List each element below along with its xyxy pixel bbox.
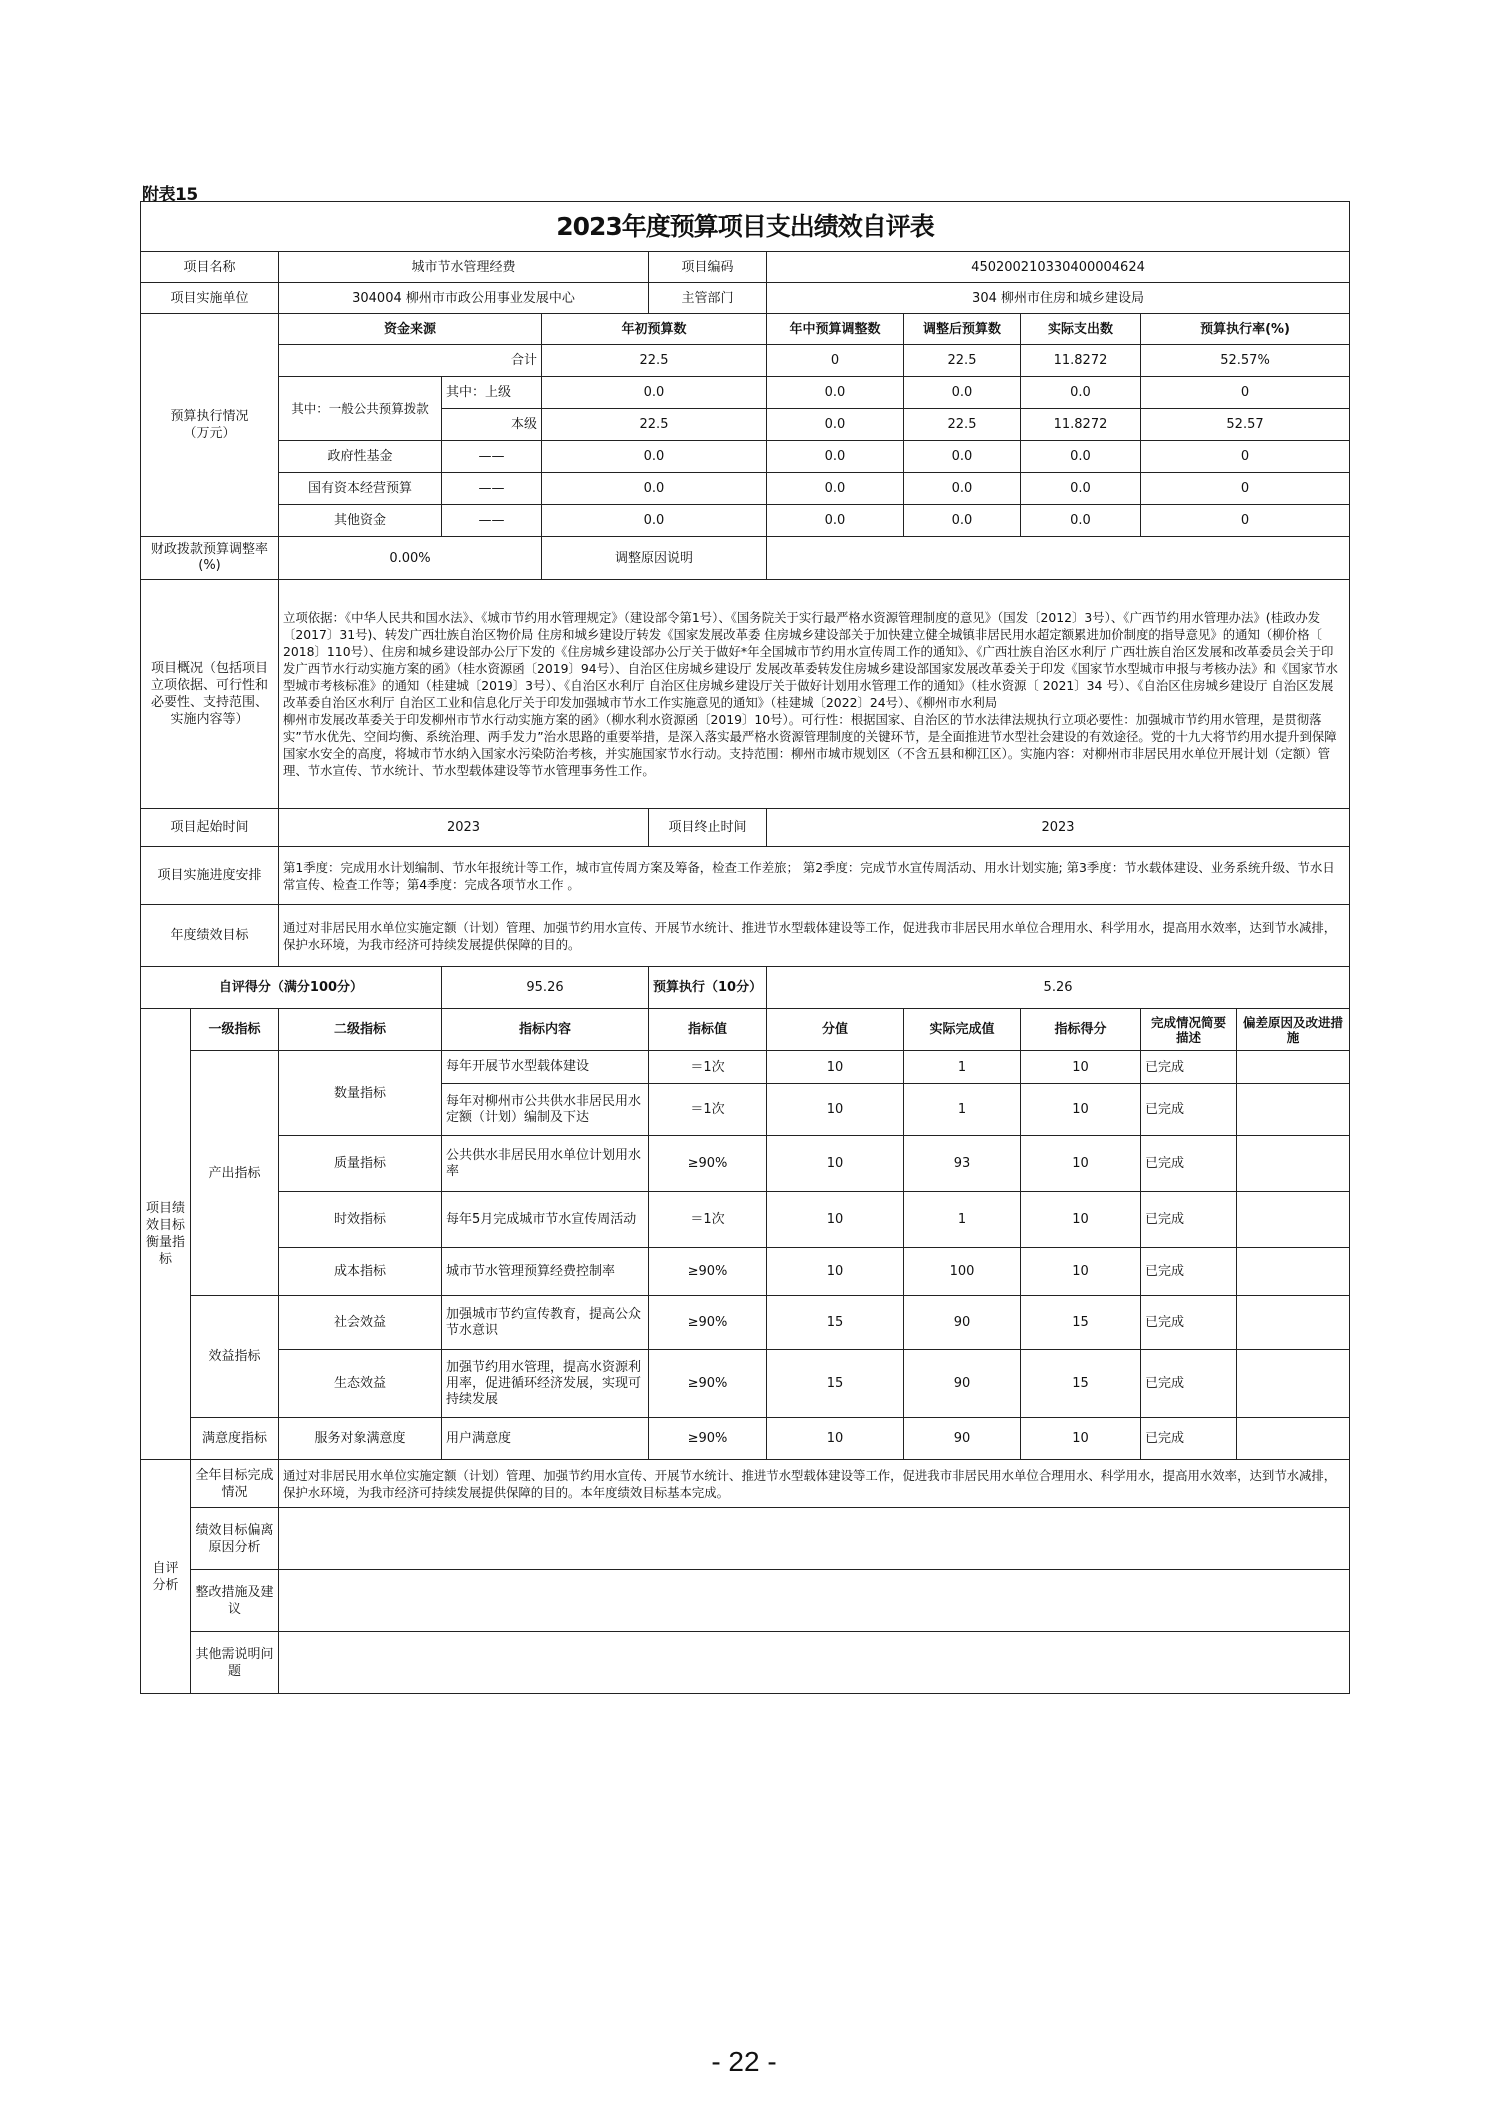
indicator-deviation	[1237, 1051, 1350, 1084]
budget-actual: 11.8272	[1021, 345, 1141, 377]
indicator-target: ≥90%	[649, 1296, 767, 1350]
budget-source-sub: ——	[442, 505, 542, 537]
budget-actual: 0.0	[1021, 473, 1141, 505]
indicator-weight: 10	[767, 1418, 904, 1460]
indicator-header: 二级指标	[279, 1009, 442, 1051]
adjust-reason-value	[767, 537, 1350, 580]
indicator-target: ＝1次	[649, 1051, 767, 1084]
budget-actual: 0.0	[1021, 377, 1141, 409]
project-name-value: 城市节水管理经费	[279, 252, 649, 283]
budget-initial: 0.0	[542, 377, 767, 409]
overview-text: 立项依据：《中华人民共和国水法》、《城市节约用水管理规定》（建设部令第1号）、《…	[279, 580, 1350, 809]
indicator-deviation	[1237, 1192, 1350, 1248]
indicator-header: 指标内容	[442, 1009, 649, 1051]
table-row: 预算执行情况 （万元）资金来源年初预算数年中预算调整数调整后预算数实际支出数预算…	[141, 314, 1350, 345]
department-value: 304 柳州市住房和城乡建设局	[767, 283, 1350, 314]
budget-mid-adjust: 0	[767, 345, 904, 377]
table-row: 其中：一般公共预算拨款其中：上级0.00.00.00.00	[141, 377, 1350, 409]
table-row: 项目实施进度安排第1季度：完成用水计划编制、节水年报统计等工作，城市宣传周方案及…	[141, 847, 1350, 905]
annual-goal-text: 通过对非居民用水单位实施定额（计划）管理、加强节约用水宣传、开展节水统计、推进节…	[279, 905, 1350, 967]
self-score-label: 自评得分（满分100分）	[141, 967, 442, 1009]
self-eval-section-label: 自评分析	[141, 1460, 191, 1694]
overview-label: 项目概况（包括项目立项依据、可行性和必要性、支持范围、实施内容等）	[141, 580, 279, 809]
indicator-header: 指标值	[649, 1009, 767, 1051]
budget-header: 年中预算调整数	[767, 314, 904, 345]
indicator-score: 10	[1021, 1051, 1141, 1084]
indicator-actual: 93	[904, 1136, 1021, 1192]
budget-actual: 0.0	[1021, 441, 1141, 473]
table-row: 效益指标社会效益加强城市节约宣传教育，提高公众节水意识≥90%159015已完成	[141, 1296, 1350, 1350]
indicator-deviation	[1237, 1296, 1350, 1350]
budget-section-label: 预算执行情况 （万元）	[141, 314, 279, 537]
indicator-content: 城市节水管理预算经费控制率	[442, 1248, 649, 1296]
indicator-deviation	[1237, 1084, 1350, 1136]
self-eval-item-label: 整改措施及建议	[191, 1570, 279, 1632]
table-row: 项目实施单位304004 柳州市市政公用事业发展中心主管部门304 柳州市住房和…	[141, 283, 1350, 314]
budget-initial: 0.0	[542, 441, 767, 473]
budget-initial: 0.0	[542, 505, 767, 537]
budget-rate: 0	[1141, 473, 1350, 505]
indicator-score: 15	[1021, 1296, 1141, 1350]
indicator-actual: 1	[904, 1051, 1021, 1084]
indicator-weight: 10	[767, 1084, 904, 1136]
table-row: 国有资本经营预算——0.00.00.00.00	[141, 473, 1350, 505]
budget-actual: 11.8272	[1021, 409, 1141, 441]
indicator-target: ≥90%	[649, 1248, 767, 1296]
indicator-deviation	[1237, 1350, 1350, 1418]
indicator-actual: 90	[904, 1350, 1021, 1418]
table-row: 自评得分（满分100分）95.26预算执行（10分）5.26	[141, 967, 1350, 1009]
level1-indicator: 效益指标	[191, 1296, 279, 1418]
indicator-actual: 1	[904, 1192, 1021, 1248]
indicator-status: 已完成	[1141, 1192, 1237, 1248]
indicator-target: ＝1次	[649, 1084, 767, 1136]
indicator-weight: 10	[767, 1051, 904, 1084]
indicator-content: 每年开展节水型载体建设	[442, 1051, 649, 1084]
budget-sub-label: 本级	[442, 409, 542, 441]
indicator-weight: 15	[767, 1296, 904, 1350]
indicator-status: 已完成	[1141, 1418, 1237, 1460]
indicator-header: 指标得分	[1021, 1009, 1141, 1051]
self-eval-item-text	[279, 1570, 1350, 1632]
indicator-content: 加强城市节约宣传教育，提高公众节水意识	[442, 1296, 649, 1350]
indicator-score: 10	[1021, 1248, 1141, 1296]
table-row: 政府性基金——0.00.00.00.00	[141, 441, 1350, 473]
budget-mid-adjust: 0.0	[767, 409, 904, 441]
indicator-target: ≥90%	[649, 1418, 767, 1460]
table-row: 满意度指标服务对象满意度用户满意度≥90%109010已完成	[141, 1418, 1350, 1460]
table-title: 2023年度预算项目支出绩效自评表	[141, 202, 1350, 252]
budget-adjusted: 22.5	[904, 345, 1021, 377]
indicator-content: 用户满意度	[442, 1418, 649, 1460]
budget-adjusted: 22.5	[904, 409, 1021, 441]
table-row: 项目绩效目标衡量指标一级指标二级指标指标内容指标值分值实际完成值指标得分完成情况…	[141, 1009, 1350, 1051]
end-time-value: 2023	[767, 809, 1350, 847]
table-row: 2023年度预算项目支出绩效自评表	[141, 202, 1350, 252]
budget-adjusted: 0.0	[904, 441, 1021, 473]
budget-initial: 22.5	[542, 409, 767, 441]
project-code-value: 450200210330400004624	[767, 252, 1350, 283]
schedule-text: 第1季度：完成用水计划编制、节水年报统计等工作，城市宣传周方案及筹备，检查工作差…	[279, 847, 1350, 905]
indicator-status: 已完成	[1141, 1248, 1237, 1296]
indicator-deviation	[1237, 1248, 1350, 1296]
budget-header: 调整后预算数	[904, 314, 1021, 345]
table-row: 财政拨款预算调整率 (%)0.00%调整原因说明	[141, 537, 1350, 580]
table-row: 质量指标公共供水非居民用水单位计划用水率≥90%109310已完成	[141, 1136, 1350, 1192]
budget-source-label: 国有资本经营预算	[279, 473, 442, 505]
project-name-label: 项目名称	[141, 252, 279, 283]
indicator-score: 10	[1021, 1192, 1141, 1248]
indicator-actual: 100	[904, 1248, 1021, 1296]
indicator-header: 实际完成值	[904, 1009, 1021, 1051]
self-eval-item-text	[279, 1508, 1350, 1570]
budget-header: 预算执行率(%)	[1141, 314, 1350, 345]
indicator-target: ≥90%	[649, 1350, 767, 1418]
adjust-rate-value: 0.00%	[279, 537, 542, 580]
implementing-unit-label: 项目实施单位	[141, 283, 279, 314]
indicator-header: 偏差原因及改进措施	[1237, 1009, 1350, 1051]
indicator-content: 公共供水非居民用水单位计划用水率	[442, 1136, 649, 1192]
table-row: 年度绩效目标通过对非居民用水单位实施定额（计划）管理、加强节约用水宣传、开展节水…	[141, 905, 1350, 967]
page-number: - 22 -	[0, 2046, 1488, 2078]
budget-source-sub: ——	[442, 473, 542, 505]
budget-header: 年初预算数	[542, 314, 767, 345]
budget-adjusted: 0.0	[904, 505, 1021, 537]
schedule-label: 项目实施进度安排	[141, 847, 279, 905]
end-time-label: 项目终止时间	[649, 809, 767, 847]
self-eval-item-label: 全年目标完成情况	[191, 1460, 279, 1508]
table-row: 生态效益加强节约用水管理，提高水资源利用率，促进循环经济发展，实现可持续发展≥9…	[141, 1350, 1350, 1418]
table-row: 产出指标数量指标每年开展节水型载体建设＝1次10110已完成	[141, 1051, 1350, 1084]
indicator-actual: 1	[904, 1084, 1021, 1136]
table-row: 时效指标每年5月完成城市节水宣传周活动＝1次10110已完成	[141, 1192, 1350, 1248]
indicator-weight: 10	[767, 1136, 904, 1192]
table-row: 整改措施及建议	[141, 1570, 1350, 1632]
table-row: 绩效目标偏离原因分析	[141, 1508, 1350, 1570]
table-row: 合计22.5022.511.827252.57%	[141, 345, 1350, 377]
project-code-label: 项目编码	[649, 252, 767, 283]
budget-initial: 22.5	[542, 345, 767, 377]
start-time-label: 项目起始时间	[141, 809, 279, 847]
performance-evaluation-table: 2023年度预算项目支出绩效自评表项目名称城市节水管理经费项目编码4502002…	[140, 201, 1350, 1694]
budget-adjusted: 0.0	[904, 377, 1021, 409]
budget-initial: 0.0	[542, 473, 767, 505]
indicator-score: 15	[1021, 1350, 1141, 1418]
indicator-actual: 90	[904, 1418, 1021, 1460]
indicator-status: 已完成	[1141, 1350, 1237, 1418]
level2-indicator: 时效指标	[279, 1192, 442, 1248]
budget-actual: 0.0	[1021, 505, 1141, 537]
budget-adjusted: 0.0	[904, 473, 1021, 505]
level2-indicator: 质量指标	[279, 1136, 442, 1192]
level2-indicator: 数量指标	[279, 1051, 442, 1136]
budget-mid-adjust: 0.0	[767, 377, 904, 409]
budget-total-label: 合计	[279, 345, 542, 377]
budget-rate: 52.57	[1141, 409, 1350, 441]
budget-source-label: 政府性基金	[279, 441, 442, 473]
table-row: 自评分析全年目标完成情况通过对非居民用水单位实施定额（计划）管理、加强节约用水宣…	[141, 1460, 1350, 1508]
annual-goal-label: 年度绩效目标	[141, 905, 279, 967]
budget-rate: 0	[1141, 377, 1350, 409]
indicator-target: ＝1次	[649, 1192, 767, 1248]
budget-source-sub: ——	[442, 441, 542, 473]
budget-source-label: 其他资金	[279, 505, 442, 537]
budget-rate: 52.57%	[1141, 345, 1350, 377]
budget-exec-label: 预算执行（10分）	[649, 967, 767, 1009]
self-eval-item-label: 绩效目标偏离原因分析	[191, 1508, 279, 1570]
table-row: 项目名称城市节水管理经费项目编码450200210330400004624	[141, 252, 1350, 283]
indicator-content: 每年5月完成城市节水宣传周活动	[442, 1192, 649, 1248]
indicator-content: 每年对柳州市公共供水非居民用水定额（计划）编制及下达	[442, 1084, 649, 1136]
table-row: 项目概况（包括项目立项依据、可行性和必要性、支持范围、实施内容等）立项依据：《中…	[141, 580, 1350, 809]
level2-indicator: 社会效益	[279, 1296, 442, 1350]
budget-mid-adjust: 0.0	[767, 441, 904, 473]
indicator-weight: 10	[767, 1248, 904, 1296]
indicator-content: 加强节约用水管理，提高水资源利用率，促进循环经济发展，实现可持续发展	[442, 1350, 649, 1418]
indicator-header: 一级指标	[191, 1009, 279, 1051]
table-row: 其他资金——0.00.00.00.00	[141, 505, 1350, 537]
level1-indicator: 满意度指标	[191, 1418, 279, 1460]
level2-indicator: 成本指标	[279, 1248, 442, 1296]
start-time-value: 2023	[279, 809, 649, 847]
budget-rate: 0	[1141, 441, 1350, 473]
indicator-weight: 15	[767, 1350, 904, 1418]
budget-header: 资金来源	[279, 314, 542, 345]
indicator-actual: 90	[904, 1296, 1021, 1350]
implementing-unit-value: 304004 柳州市市政公用事业发展中心	[279, 283, 649, 314]
indicator-header: 分值	[767, 1009, 904, 1051]
indicator-status: 已完成	[1141, 1051, 1237, 1084]
indicator-status: 已完成	[1141, 1296, 1237, 1350]
level2-indicator: 生态效益	[279, 1350, 442, 1418]
self-eval-item-text	[279, 1632, 1350, 1694]
indicators-section-label: 项目绩效目标衡量指标	[141, 1009, 191, 1460]
self-score-value: 95.26	[442, 967, 649, 1009]
indicator-target: ≥90%	[649, 1136, 767, 1192]
budget-exec-value: 5.26	[767, 967, 1350, 1009]
budget-general-label: 其中：一般公共预算拨款	[279, 377, 442, 441]
indicator-deviation	[1237, 1136, 1350, 1192]
table-row: 项目起始时间2023项目终止时间2023	[141, 809, 1350, 847]
department-label: 主管部门	[649, 283, 767, 314]
budget-mid-adjust: 0.0	[767, 505, 904, 537]
indicator-weight: 10	[767, 1192, 904, 1248]
adjust-reason-label: 调整原因说明	[542, 537, 767, 580]
budget-sub-label: 其中：上级	[442, 377, 542, 409]
table-row: 其他需说明问题	[141, 1632, 1350, 1694]
budget-mid-adjust: 0.0	[767, 473, 904, 505]
indicator-score: 10	[1021, 1084, 1141, 1136]
self-eval-item-label: 其他需说明问题	[191, 1632, 279, 1694]
self-eval-item-text: 通过对非居民用水单位实施定额（计划）管理、加强节约用水宣传、开展节水统计、推进节…	[279, 1460, 1350, 1508]
indicator-score: 10	[1021, 1136, 1141, 1192]
indicator-deviation	[1237, 1418, 1350, 1460]
adjust-rate-label: 财政拨款预算调整率 (%)	[141, 537, 279, 580]
indicator-header: 完成情况简要描述	[1141, 1009, 1237, 1051]
budget-rate: 0	[1141, 505, 1350, 537]
indicator-status: 已完成	[1141, 1136, 1237, 1192]
indicator-status: 已完成	[1141, 1084, 1237, 1136]
indicator-score: 10	[1021, 1418, 1141, 1460]
budget-header: 实际支出数	[1021, 314, 1141, 345]
level2-indicator: 服务对象满意度	[279, 1418, 442, 1460]
level1-indicator: 产出指标	[191, 1051, 279, 1296]
table-row: 成本指标城市节水管理预算经费控制率≥90%1010010已完成	[141, 1248, 1350, 1296]
